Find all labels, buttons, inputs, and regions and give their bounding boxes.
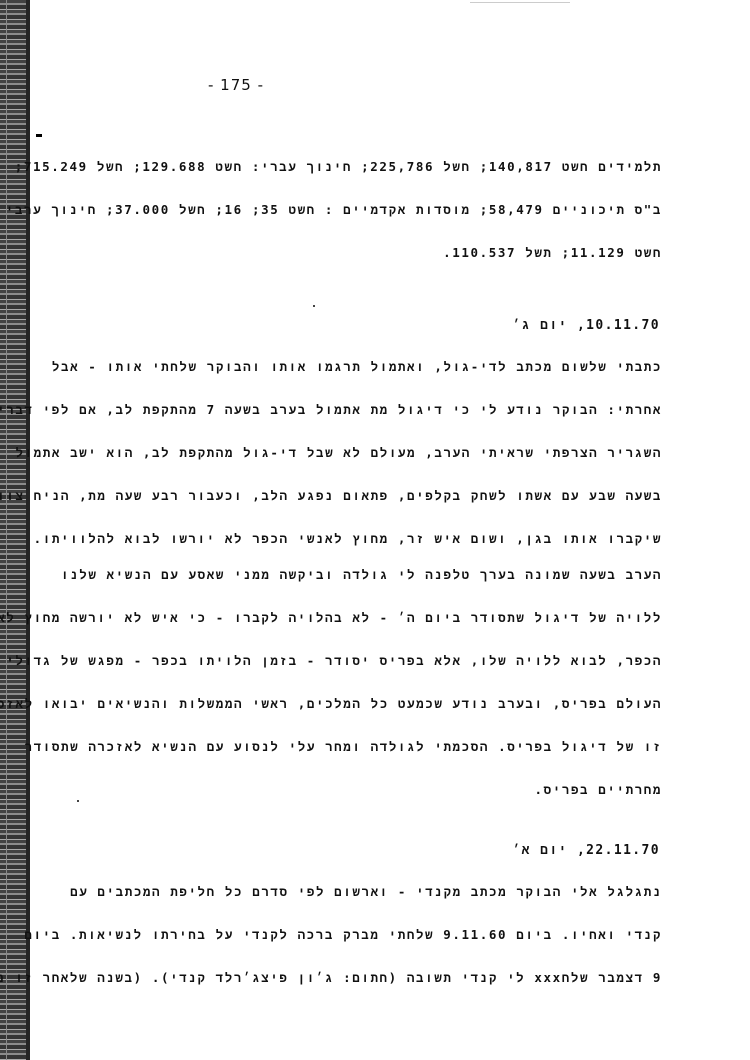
diary-paragraph: הערב בשעה שמונה בערך טלפנה לי גולדה וביק… — [102, 553, 662, 811]
text-line: כתבתי שלשום מכתב לדי-גול, ואתמול תרגמו א… — [102, 345, 662, 388]
entry-date: 10.11.70, יום ג׳ — [512, 318, 660, 333]
page-number: - 175 - — [208, 76, 264, 94]
scan-artifact-line — [470, 2, 570, 3]
margin-mark — [36, 134, 42, 137]
diary-paragraph: נתגלגל אלי הבוקר מכתב מקנדי - וארשום לפי… — [102, 870, 662, 999]
entry-date: 22.11.70, יום א׳ — [512, 843, 660, 858]
text-line: ללויה של דיגול שתסודר ביום ה׳ - לא בהלוי… — [102, 596, 662, 639]
text-line: נתגלגל אלי הבוקר מכתב מקנדי - וארשום לפי… — [102, 870, 662, 913]
diary-paragraph: כתבתי שלשום מכתב לדי-גול, ואתמול תרגמו א… — [102, 345, 662, 560]
text-line: בשעה שבע עם אשתו לשחק בקלפים, פתאום נפגע… — [102, 474, 662, 517]
text-line: העולם בפריס, ובערב נודע שכמעט כל המלכים,… — [102, 682, 662, 725]
scan-speck — [313, 305, 315, 307]
text-line: אחרתי: הבוקר נודע לי כי דיגול מת אתמול ב… — [102, 388, 662, 431]
text-line: השגריר הצרפתי שראיתי הערב, מעולם לא שבל … — [102, 431, 662, 474]
text-line: חשט 11.129; תשל 110.537. — [102, 231, 662, 274]
text-line: קנדי ואחיו. ביום 9.11.60 שלחתי מברק ברכה… — [102, 913, 662, 956]
scan-speck — [77, 800, 79, 802]
text-line: ב"ס תיכוניים 58,479; מוסדות אקדמיים : חש… — [102, 188, 662, 231]
text-line: מחרתיים בפריס. — [102, 768, 662, 811]
scan-border-line — [6, 0, 7, 1060]
text-line: זו של דיגול בפריס. הסכמתי לגולדה ומחר על… — [102, 725, 662, 768]
text-line: הכפר, לבוא ללויה שלו, אלא בפריס יסודר - … — [102, 639, 662, 682]
text-line: הערב בשעה שמונה בערך טלפנה לי גולדה וביק… — [102, 553, 662, 596]
text-line: 9 דצמבר שלחxxx לי קנדי תשובה (חתום: ג׳ון… — [102, 956, 662, 999]
text-line: תלמידים חשט 140,817; חשל 225,786; חינוך … — [102, 145, 662, 188]
statistics-paragraph: תלמידים חשט 140,817; חשל 225,786; חינוך … — [102, 145, 662, 274]
